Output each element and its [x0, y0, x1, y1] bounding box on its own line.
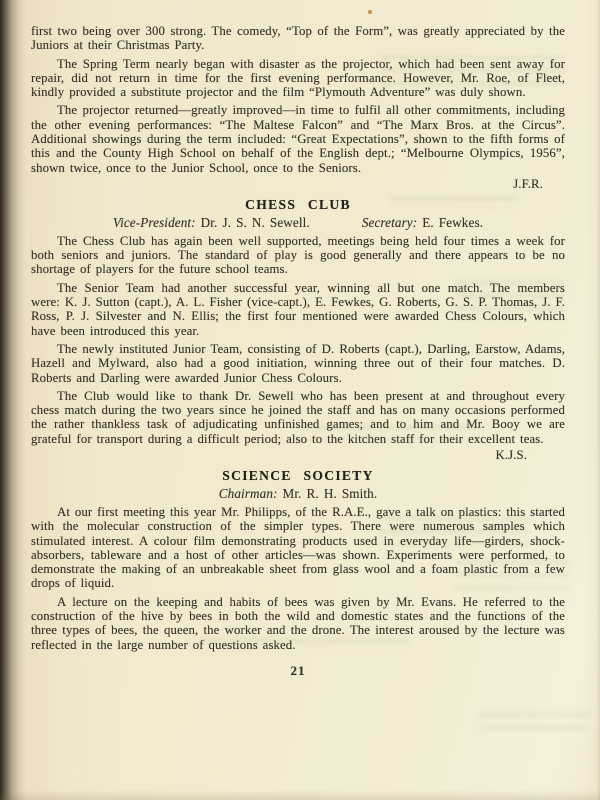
film-society-paragraph-continuation: first two being over 300 strong. The com…: [31, 24, 565, 53]
science-society-paragraph-plastics: At our first meeting this year Mr. Phili…: [31, 505, 565, 591]
page-text-column: first two being over 300 strong. The com…: [31, 24, 565, 678]
film-society-paragraph-spring-term: The Spring Term nearly began with disast…: [31, 57, 565, 100]
page-bottom-edge: [0, 790, 600, 800]
film-society-signature: J.F.R.: [31, 177, 565, 191]
chess-club-secretary: Secretary: E. Fewkes.: [362, 216, 483, 230]
binding-shadow-left-edge: [0, 0, 26, 800]
film-society-paragraph-projector: The projector returned—greatly improved—…: [31, 103, 565, 174]
science-society-officers-line: Chairman: Mr. R. H. Smith.: [31, 487, 565, 501]
secretary-name: E. Fewkes.: [422, 215, 483, 230]
chess-club-heading: CHESS CLUB: [31, 198, 565, 212]
science-society-paragraph-bees: A lecture on the keeping and habits of b…: [31, 595, 565, 652]
science-society-chairman: Chairman: Mr. R. H. Smith.: [219, 487, 378, 501]
chairman-name: Mr. R. H. Smith.: [283, 486, 378, 501]
chess-club-signature: K.J.S.: [31, 448, 565, 462]
page-right-edge: [586, 0, 600, 800]
chess-club-vice-president: Vice-President: Dr. J. S. N. Sewell.: [113, 216, 310, 230]
page-number: 21: [31, 664, 565, 678]
chairman-label: Chairman:: [219, 486, 278, 501]
secretary-label: Secretary:: [362, 215, 417, 230]
vice-president-name: Dr. J. S. N. Sewell.: [201, 215, 310, 230]
chess-club-paragraph-senior-team: The Senior Team had another successful y…: [31, 281, 565, 338]
chess-club-paragraph-junior-team: The newly instituted Junior Team, consis…: [31, 342, 565, 385]
chess-club-officers-line: Vice-President: Dr. J. S. N. Sewell. Sec…: [31, 216, 565, 230]
chess-club-paragraph-support: The Chess Club has again been well suppo…: [31, 234, 565, 277]
scanned-book-page: first two being over 300 strong. The com…: [0, 0, 600, 800]
science-society-heading: SCIENCE SOCIETY: [31, 469, 565, 483]
chess-club-paragraph-thanks: The Club would like to thank Dr. Sewell …: [31, 389, 565, 446]
bleed-through-smudge: [480, 712, 590, 738]
paper-speck: [368, 10, 372, 14]
vice-president-label: Vice-President:: [113, 215, 196, 230]
